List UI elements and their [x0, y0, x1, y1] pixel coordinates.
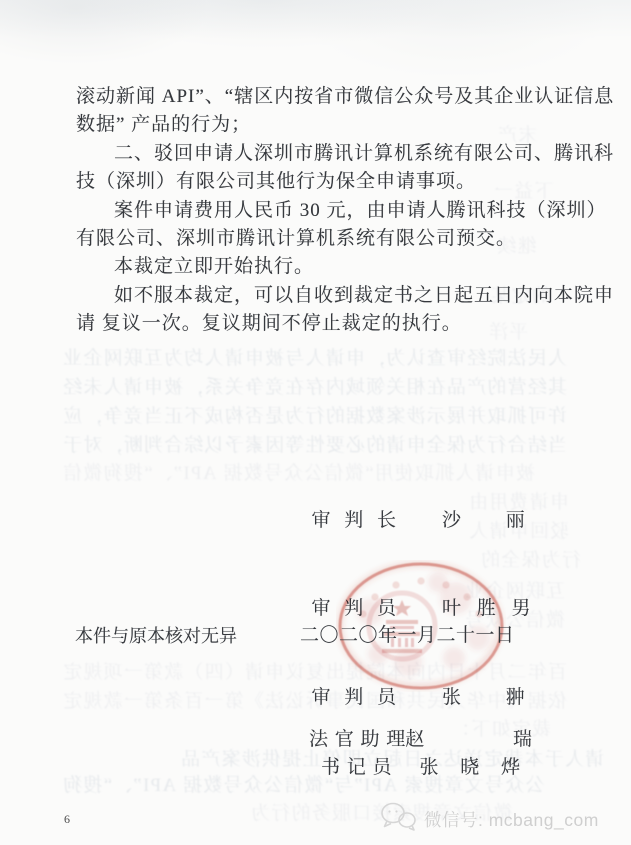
staff-line: 书 记 员张 晓 烨 [302, 730, 520, 801]
body-line: 二、驳回申请人深圳市腾讯计算机系统有限公司、腾讯科 [76, 140, 560, 168]
judge-name: 叶 胜 男 [442, 598, 531, 619]
watermark-label: 微信号: mcbang_com [424, 807, 599, 832]
court-ruling-scan-page: 末产 下益一 继续 的定某 平洋 人民法院经审查认为，申请人与被申请人均为互联网… [0, 0, 631, 845]
bleedthrough-text: 当结合行为保全申请的必要性等因素予以综合判断，对于 [62, 430, 567, 457]
judge-name: 沙 丽 [442, 510, 525, 531]
ruling-date: 二〇二〇年一月二十一日 [300, 620, 515, 647]
body-line: 案件申请费用人民币 30 元，由申请人腾讯科技（深圳） [76, 197, 560, 225]
ruling-body: 滚动新闻 API”、“辖区内按省市微信公众号及其企业认证信息 数据” 产品的行为… [76, 83, 560, 339]
body-line: 请 复议一次。复议期间不停止裁定的执行。 [76, 310, 560, 338]
bleedthrough-text: 许可抓取并展示涉案数据的行为是否构成不正当竞争，应 [62, 401, 567, 428]
bleedthrough-text: 人民法院经审查认为，申请人与被申请人均为互联网企业 [62, 343, 567, 370]
judge-role: 审 判 长 [312, 510, 397, 531]
body-line: 有限公司、深圳市腾讯计算机系统有限公司预交。 [76, 225, 560, 253]
staff-name: 张 晓 烨 [420, 757, 521, 778]
page-number: 6 [64, 812, 70, 827]
certification-note: 本件与原本核对无异 [75, 622, 237, 648]
body-line: 滚动新闻 API”、“辖区内按省市微信公众号及其企业认证信息 [76, 83, 560, 111]
body-line: 本裁定立即开始执行。 [76, 253, 560, 281]
judge-role: 审 判 员 [312, 598, 397, 619]
body-line: 技（深圳）有限公司其他行为保全申请事项。 [76, 168, 560, 196]
body-line: 数据” 产品的行为； [76, 111, 560, 139]
body-line: 如不服本裁定，可以自收到裁定书之日起五日内向本院申 [76, 282, 560, 310]
wechat-icon [378, 801, 418, 838]
staff-role: 书 记 员 [321, 757, 392, 778]
bleedthrough-text: 其经营的产品在相关领域内存在竞争关系，被申请人未经 [62, 372, 567, 399]
wechat-watermark: 微信号: mcbang_com [378, 801, 599, 838]
judge-line: 审 判 长沙 丽 [283, 476, 531, 565]
